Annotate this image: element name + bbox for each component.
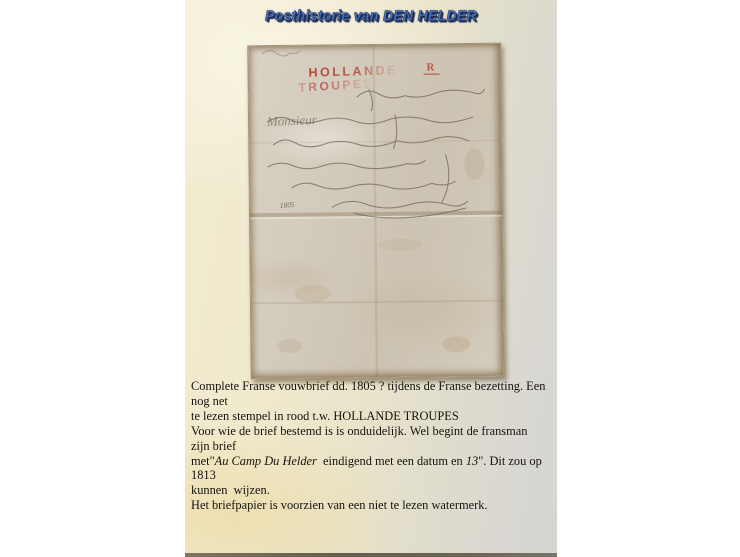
caption-text: Complete Franse vouwbrief dd. 1805 ? tij…	[191, 379, 549, 513]
caption-line: met"Au Camp Du Helder eindigend met een …	[191, 454, 549, 484]
page-title: Posthistorie van DEN HELDER	[185, 7, 557, 24]
stain	[277, 339, 301, 353]
year-note: 1805	[279, 200, 295, 210]
letter-detail-art: HOLLANDE TROUPES R	[248, 44, 503, 379]
folded-letter: HOLLANDE TROUPES R	[247, 43, 504, 380]
caption-line: kunnen wijzen.	[191, 483, 549, 498]
handwriting-word: Monsieur	[266, 112, 318, 129]
red-rate-mark: R	[426, 61, 435, 73]
stain	[464, 148, 484, 180]
page-bottom-edge	[185, 553, 557, 557]
stain	[295, 284, 331, 302]
pencil-scribble	[262, 50, 300, 56]
caption-line: Het briefpapier is voorzien van een niet…	[191, 498, 549, 513]
caption-line: Voor wie de brief bestemd is is onduidel…	[191, 424, 549, 454]
photo-backdrop: Posthistorie van DEN HELDER	[0, 0, 740, 557]
handwriting-strokes	[267, 88, 486, 219]
vertical-fold-line	[372, 45, 378, 377]
caption-line: Complete Franse vouwbrief dd. 1805 ? tij…	[191, 379, 549, 409]
stain	[442, 336, 470, 352]
caption-line: te lezen stempel in rood t.w. HOLLANDE T…	[191, 409, 549, 424]
album-page: Posthistorie van DEN HELDER	[185, 0, 557, 557]
stain	[378, 239, 422, 251]
